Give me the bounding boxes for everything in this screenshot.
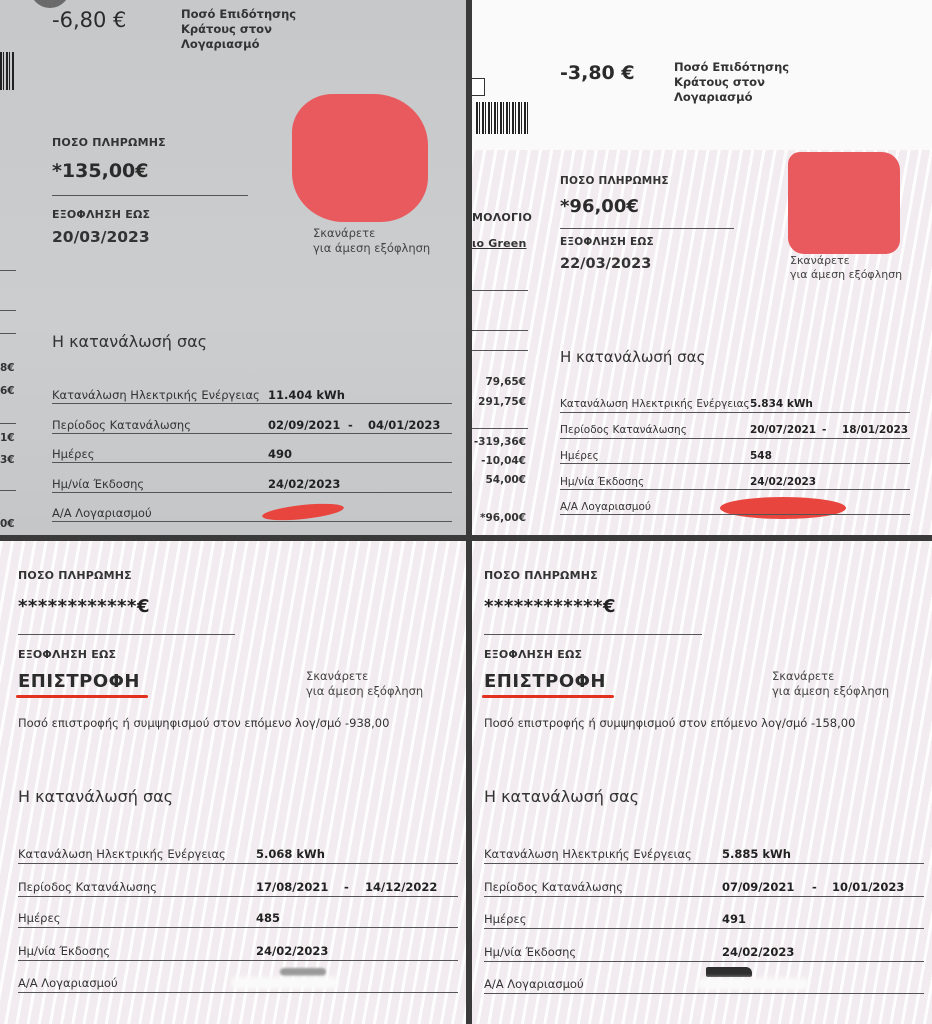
consumption-title: Η κατανάλωσή σας <box>52 332 207 351</box>
subsidy-label: Ποσό Επιδότησης Κράτους στον Λογαριασμό <box>181 7 296 52</box>
due-label: ΕΞΟΦΛΗΣΗ ΕΩΣ <box>18 648 116 661</box>
payment-amount: *135,00€ <box>52 160 148 182</box>
due-date: 20/03/2023 <box>52 228 150 246</box>
checkbox-icon <box>472 78 485 96</box>
scan-instructions: Σκανάρετε για άμεση εξόφληση <box>772 669 889 699</box>
scan-instructions: Σκανάρετε για άμεση εξόφληση <box>306 669 423 699</box>
subsidy-amount: -6,80 € <box>52 8 126 32</box>
payment-label: ΠΟΣΟ ΠΛΗΡΩΜΗΣ <box>560 175 669 187</box>
consumption-title: Η κατανάλωσή σας <box>18 787 173 806</box>
due-label: ΕΞΟΦΛΗΣΗ ΕΩΣ <box>560 236 654 248</box>
payment-amount: ************€ <box>484 596 616 617</box>
bill-panel-bottom-right: ΠΟΣΟ ΠΛΗΡΩΜΗΣ ************€ ΕΞΟΦΛΗΣΗ ΕΩΣ… <box>472 541 932 1024</box>
redacted-account-number <box>706 967 752 977</box>
consumption-title: Η κατανάλωσή σας <box>560 348 705 366</box>
bill-panel-top-left: -6,80 € Ποσό Επιδότησης Κράτους στον Λογ… <box>0 0 466 535</box>
bill-panel-top-right: -3,80 € Ποσό Επιδότησης Κράτους στον Λογ… <box>472 0 932 535</box>
payment-amount: *96,00€ <box>560 196 639 217</box>
consumption-title: Η κατανάλωσή σας <box>484 787 639 806</box>
refund-note: Ποσό επιστροφής ή συμψηφισμού στον επόμε… <box>18 716 389 730</box>
scan-instructions: Σκανάρετε για άμεση εξόφληση <box>313 226 430 256</box>
refund-status: ΕΠΙΣΤΡΟΦΗ <box>18 671 140 692</box>
payment-label: ΠΟΣΟ ΠΛΗΡΩΜΗΣ <box>52 136 166 149</box>
due-date: 22/03/2023 <box>560 256 651 272</box>
scan-instructions: Σκανάρετε για άμεση εξόφληση <box>790 254 902 282</box>
subsidy-amount: -3,80 € <box>560 62 635 84</box>
due-label: ΕΞΟΦΛΗΣΗ ΕΩΣ <box>52 208 150 221</box>
payment-label: ΠΟΣΟ ΠΛΗΡΩΜΗΣ <box>484 569 598 582</box>
refund-status: ΕΠΙΣΤΡΟΦΗ <box>484 671 606 692</box>
redacted-qr-code <box>292 94 428 222</box>
subsidy-label: Ποσό Επιδότησης Κράτους στον Λογαριασμό <box>674 60 789 105</box>
due-label: ΕΞΟΦΛΗΣΗ ΕΩΣ <box>484 648 582 661</box>
barcode-icon <box>0 52 14 90</box>
redacted-account-number <box>280 968 326 976</box>
bill-panel-bottom-left: ΠΟΣΟ ΠΛΗΡΩΜΗΣ ************€ ΕΞΟΦΛΗΣΗ ΕΩΣ… <box>0 541 466 1024</box>
redacted-qr-code <box>788 152 900 254</box>
refund-note: Ποσό επιστροφής ή συμψηφισμού στον επόμε… <box>484 716 855 730</box>
payment-amount: ************€ <box>18 596 150 617</box>
barcode-icon <box>476 102 528 134</box>
payment-label: ΠΟΣΟ ΠΛΗΡΩΜΗΣ <box>18 569 132 582</box>
redacted-account-number <box>720 497 846 519</box>
